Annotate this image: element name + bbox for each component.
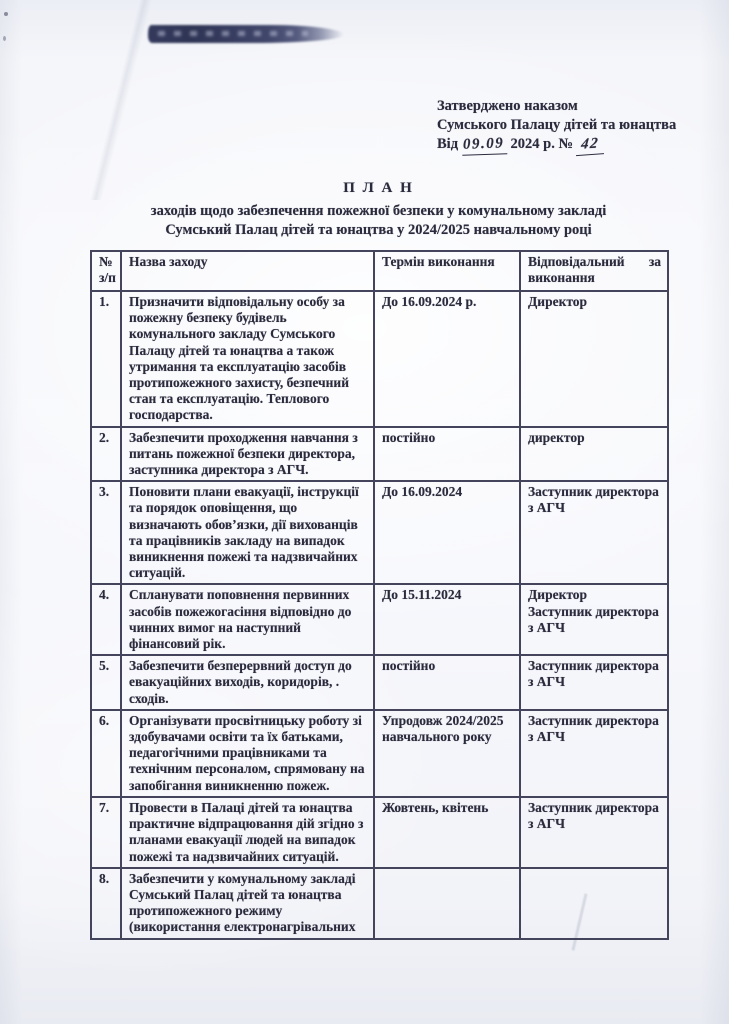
header-num-line1: № — [99, 254, 116, 270]
approval-block: Затверджено наказом Сумського Палацу діт… — [437, 97, 677, 155]
measure-name-cell: Забезпечити безперервний доступ до еваку… — [121, 655, 374, 710]
header-num-line2: з/п — [99, 270, 116, 286]
row-num-cell: 6. — [91, 710, 121, 797]
responsible-cell: Заступник директора з АГЧ — [520, 481, 668, 584]
row-num-cell: 7. — [91, 797, 121, 868]
responsible-cell: Заступник директора з АГЧ — [520, 655, 668, 710]
deadline-cell: До 16.09.2024 р. — [374, 291, 520, 427]
scanned-page: Затверджено наказом Сумського Палацу діт… — [0, 0, 729, 1024]
responsible-cell: Директор Заступник директора з АГЧ — [520, 584, 668, 655]
header-responsible: Відповідальний за виконання — [520, 251, 668, 291]
handwritten-order-number: 42 — [576, 134, 606, 156]
row-num-cell: 8. — [91, 868, 121, 939]
row-num-cell: 4. — [91, 584, 121, 655]
deadline-cell: постійно — [374, 655, 520, 710]
page-title: П Л А Н — [90, 179, 667, 198]
row-num-cell: 3. — [91, 481, 121, 584]
header-deadline: Термін виконання — [374, 251, 520, 291]
measure-name-cell: Забезпечити проходження навчання з питан… — [121, 427, 374, 482]
approval-year-label: 2024 р. № — [511, 136, 574, 152]
title-subtitle-1: заходів щодо забезпечення пожежної безпе… — [90, 202, 667, 221]
measure-name-cell: Спланувати поповнення первинних засобів … — [121, 584, 374, 655]
header-responsible-line2: виконання — [528, 270, 663, 286]
header-responsible-word2: за — [649, 254, 661, 270]
header-measure-name: Назва заходу — [121, 251, 374, 291]
table-row: 4. Спланувати поповнення первинних засоб… — [91, 584, 668, 655]
plan-table: № з/п Назва заходу Термін виконання Відп… — [90, 250, 669, 940]
deadline-cell — [374, 868, 520, 939]
table-row: 6. Організувати просвітницьку роботу зі … — [91, 710, 668, 797]
table-row: 8. Забезпечити у комунальному закладі Су… — [91, 868, 668, 939]
scan-speck — [4, 12, 8, 16]
approval-line-1: Затверджено наказом — [437, 97, 677, 116]
approval-line-3: Від 09.09 2024 р. № 42 — [437, 135, 677, 155]
responsible-cell: Заступник директора з АГЧ — [520, 710, 668, 797]
measure-name-cell: Призначити відповідальну особу за пожежн… — [121, 291, 374, 427]
responsible-cell: директор — [520, 427, 668, 482]
table-header-row: № з/п Назва заходу Термін виконання Відп… — [91, 251, 668, 291]
approval-from-label: Від — [437, 136, 458, 152]
table-row: 7. Провести в Палаці дітей та юнацтва пр… — [91, 797, 668, 868]
header-num: № з/п — [91, 251, 121, 291]
responsible-cell: Заступник директора з АГЧ — [520, 797, 668, 868]
table-row: 1. Призначити відповідальну особу за пож… — [91, 291, 668, 427]
table-row: 5. Забезпечити безперервний доступ до ев… — [91, 655, 668, 710]
handwritten-date: 09.09 — [461, 134, 507, 156]
deadline-cell: Упродовж 2024/2025 навчального року — [374, 710, 520, 797]
header-responsible-line1: Відповідальний за — [528, 254, 663, 270]
measure-name-cell: Організувати просвітницьку роботу зі здо… — [121, 710, 374, 797]
deadline-cell: До 16.09.2024 — [374, 481, 520, 584]
deadline-cell: постійно — [374, 427, 520, 482]
responsible-cell: Директор — [520, 291, 668, 427]
measure-name-cell: Забезпечити у комунальному закладі Сумсь… — [121, 868, 374, 939]
document-title-block: П Л А Н заходів щодо забезпечення пожежн… — [90, 179, 667, 240]
approval-line-2: Сумського Палацу дітей та юнацтва — [437, 116, 677, 135]
table-row: 3. Поновити плани евакуації, інструкції … — [91, 481, 668, 584]
title-subtitle-2: Сумський Палац дітей та юнацтва у 2024/2… — [90, 221, 667, 240]
responsible-cell — [520, 868, 668, 939]
deadline-cell: Жовтень, квітень — [374, 797, 520, 868]
scan-speck — [3, 36, 6, 41]
row-num-cell: 5. — [91, 655, 121, 710]
row-num-cell: 1. — [91, 291, 121, 427]
measure-name-cell: Поновити плани евакуації, інструкції та … — [121, 481, 374, 584]
measure-name-cell: Провести в Палаці дітей та юнацтва практ… — [121, 797, 374, 868]
header-responsible-word1: Відповідальний — [528, 254, 625, 270]
scan-ink-smudge — [148, 25, 344, 43]
row-num-cell: 2. — [91, 427, 121, 482]
deadline-cell: До 15.11.2024 — [374, 584, 520, 655]
table-row: 2. Забезпечити проходження навчання з пи… — [91, 427, 668, 482]
